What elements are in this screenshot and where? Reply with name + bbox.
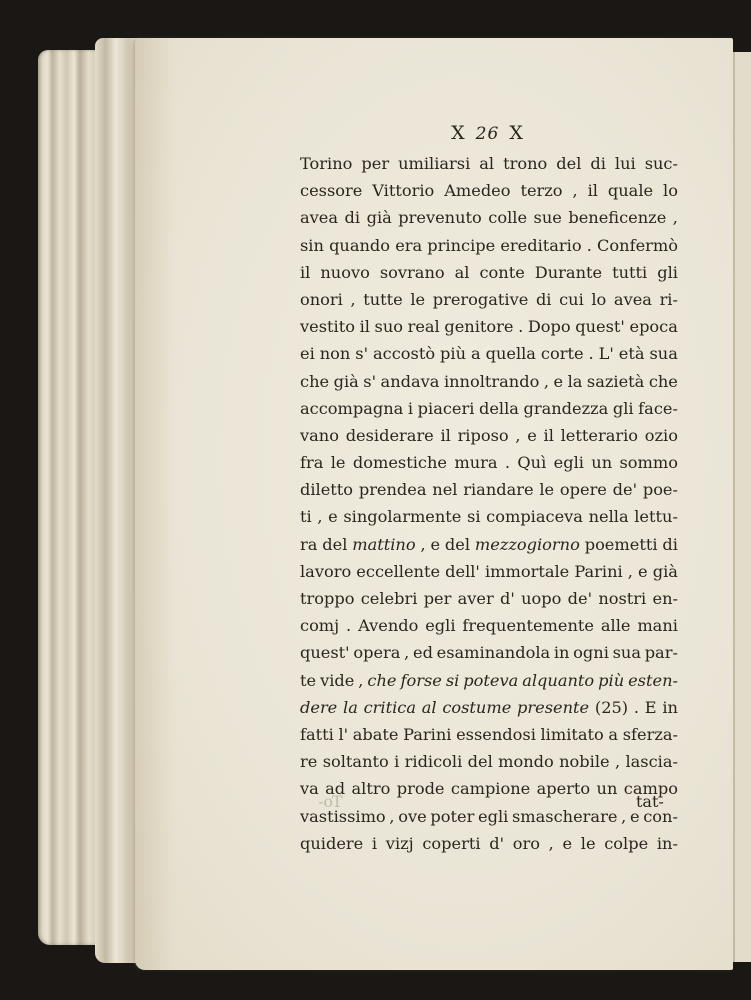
page-number: 26 — [476, 124, 500, 144]
text-line: comj.Avendoeglifrequentementeallemani — [300, 612, 678, 639]
text-line: onori,tutteleprerogativedicuiloaveari- — [300, 286, 678, 313]
running-head: X 26 X — [300, 122, 675, 144]
catchword: tat- — [636, 792, 664, 811]
text-line: vestitoilsuorealgenitore.Dopoquest'epoca — [300, 313, 678, 340]
ornament-left: X — [451, 122, 466, 144]
text-line: einons'accostòpiùaquellacorte.L'etàsua — [300, 340, 678, 367]
text-line: troppocelebriperaverd'uopode'nostrien- — [300, 585, 678, 612]
ornament-right: X — [509, 122, 524, 144]
text-line: ti,esingolarmentesicompiacevanellalettu- — [300, 503, 678, 530]
facing-page-edge — [733, 52, 751, 962]
text-line: tevide,cheforsesipotevaalquantopiùesten- — [300, 667, 678, 694]
text-line: vanodesiderareilriposo,eilletterarioozio — [300, 422, 678, 449]
text-line: vastissimo,ovepotereglismascherare,econ- — [300, 803, 678, 830]
body-text: Torinoperumiliarsialtronodeldiluisuc- ce… — [300, 150, 678, 857]
text-line: accompagnaipiaceridellagrandezzagliface- — [300, 395, 678, 422]
text-line: quidereivizjcopertid'oro,elecolpein- — [300, 830, 678, 857]
text-line: radelmattino,edelmezzogiornopoemettidi — [300, 531, 678, 558]
text-line: lavoroeccellentedell'immortaleParini,egi… — [300, 558, 678, 585]
text-line: sinquandoeraprincipeereditario.Confermò — [300, 232, 678, 259]
text-line: ilnuovosovranoalconteDurantetuttigli — [300, 259, 678, 286]
text-line: cessoreVittorioAmedeoterzo,ilqualelo — [300, 177, 678, 204]
text-line: resoltantoiridicolidelmondonobile,lascia… — [300, 748, 678, 775]
text-line: derelacriticaalcostumepresente(25).Ein — [300, 694, 678, 721]
text-line: quest'opera,edesaminandolainognisuapar- — [300, 639, 678, 666]
text-line: aveadigiàprevenutocollesuebeneficenze, — [300, 204, 678, 231]
text-line: Torinoperumiliarsialtronodeldiluisuc- — [300, 150, 678, 177]
show-through-text: To- — [318, 792, 342, 811]
text-line: dilettoprendeanelriandareleoperede'poe- — [300, 476, 678, 503]
text-line: vaadaltroprodecampioneapertouncampo — [300, 775, 678, 802]
text-line: fraledomestichemura.Quìegliunsommo — [300, 449, 678, 476]
text-line: fattil'abatePariniessendosilimitatoasfer… — [300, 721, 678, 748]
text-line: chegiàs'andavainnoltrando,elasazietàche — [300, 368, 678, 395]
